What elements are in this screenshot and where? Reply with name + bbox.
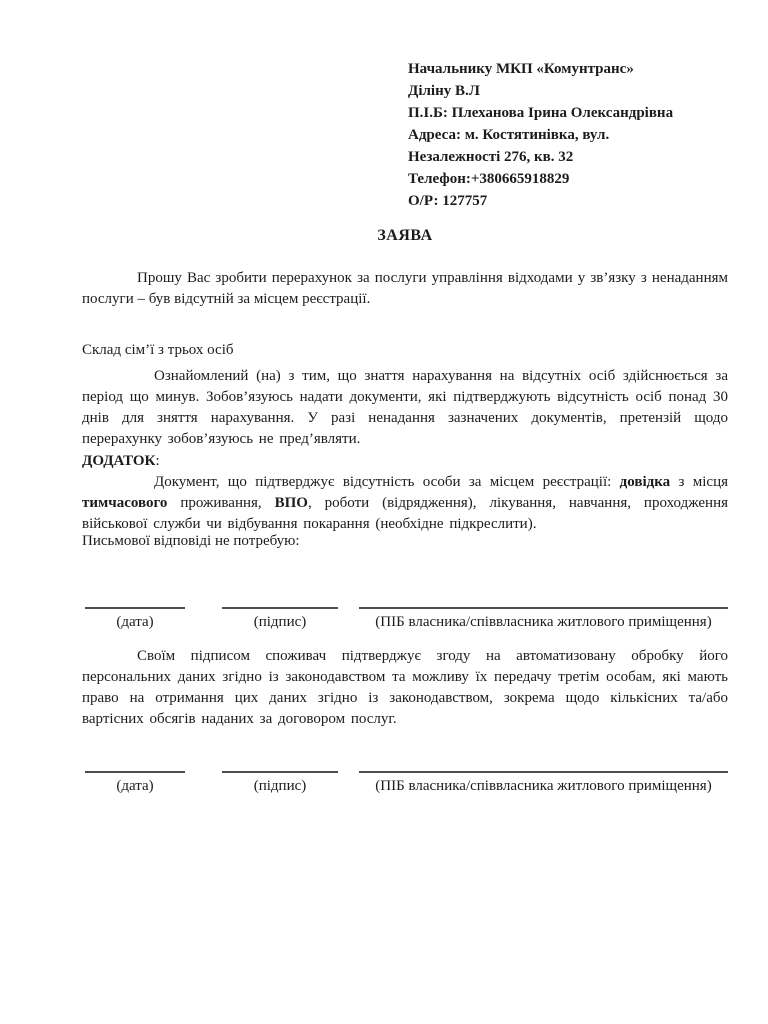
date-label: (дата) (85, 609, 185, 632)
recipient-line: О/Р: 127757 (408, 190, 743, 212)
owner-name-field: (ПІБ власника/співвласника житлового при… (359, 599, 728, 632)
document-title: ЗАЯВА (82, 227, 728, 245)
signature-field: (підпис) (222, 599, 338, 632)
acknowledgement-paragraph: Ознайомлений (на) з тим, що знаття нарах… (82, 366, 728, 450)
attachment-heading-colon: : (155, 453, 159, 469)
request-paragraph: Прошу Вас зробити перерахунок за послуги… (82, 268, 728, 310)
owner-name-label: (ПІБ власника/співвласника житлового при… (359, 773, 728, 796)
signature-line (222, 763, 338, 773)
recipient-line: Незалежності 276, кв. 32 (408, 146, 743, 168)
signature-label: (підпис) (222, 773, 338, 796)
attachment-heading-word: ДОДАТОК (82, 453, 155, 469)
owner-name-field: (ПІБ власника/співвласника житлового при… (359, 763, 728, 796)
date-field: (дата) (85, 763, 185, 796)
recipient-line: П.І.Б: Плеханова Ірина Олександрівна (408, 102, 743, 124)
recipient-line: Адреса: м. Костятинівка, вул. (408, 124, 743, 146)
recipient-line: Начальнику МКП «Комунтранс» (408, 58, 743, 80)
date-signature-line (85, 599, 185, 609)
attachment-heading: ДОДАТОК: (82, 451, 160, 472)
written-reply-line: Письмової відповіді не потребую: (82, 531, 728, 552)
recipient-address-block: Начальнику МКП «Комунтранс» Діліну В.Л П… (408, 58, 743, 212)
signature-block-2: (дата) (підпис) (ПІБ власника/співвласни… (85, 763, 728, 796)
signature-line (222, 599, 338, 609)
owner-name-line (359, 763, 728, 773)
family-composition-line: Склад сім’ї з трьох осіб (82, 340, 728, 361)
signature-label: (підпис) (222, 609, 338, 632)
date-field: (дата) (85, 599, 185, 632)
date-label: (дата) (85, 773, 185, 796)
signature-field: (підпис) (222, 763, 338, 796)
attachment-paragraph: Документ, що підтверджує відсутність осо… (82, 472, 728, 535)
recipient-line: Телефон:+380665918829 (408, 168, 743, 190)
owner-name-line (359, 599, 728, 609)
recipient-line: Діліну В.Л (408, 80, 743, 102)
owner-name-label: (ПІБ власника/співвласника житлового при… (359, 609, 728, 632)
date-signature-line (85, 763, 185, 773)
signature-block-1: (дата) (підпис) (ПІБ власника/співвласни… (85, 599, 728, 632)
application-document-page: Начальнику МКП «Комунтранс» Діліну В.Л П… (0, 0, 768, 1024)
consent-paragraph: Своїм підписом споживач підтверджує згод… (82, 646, 728, 730)
